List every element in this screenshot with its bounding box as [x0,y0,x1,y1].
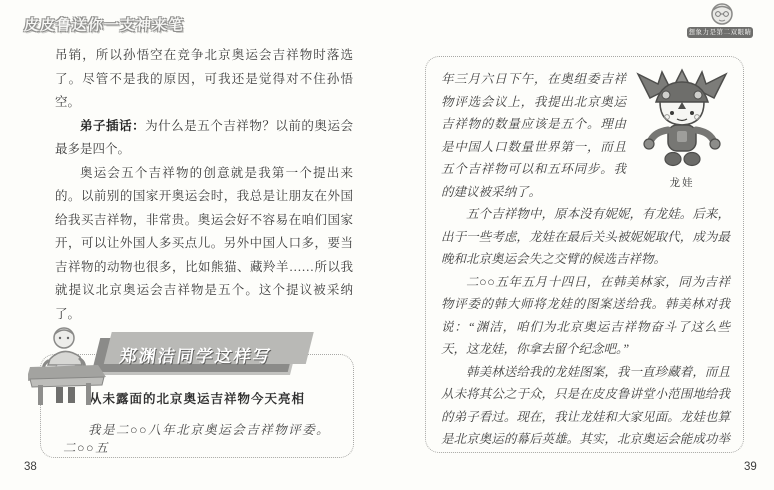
paragraph: 韩美林送给我的龙娃图案，我一直珍藏着，而且从未将其公之于众，只是在皮皮鲁讲堂小范… [441,361,730,454]
disciple-interjection-lead: 弟子插话： [80,119,145,133]
mascot-figure: 龙娃 [634,68,730,190]
mascot-caption: 龙娃 [634,175,730,190]
chapter-badge: 想象力是第二双眼睛 [687,27,753,38]
writer-section-banner: 郑渊洁同学这样写 [92,338,296,372]
writing-desk-illustration [28,325,116,412]
right-page: 想象力是第二双眼睛 [387,0,774,490]
left-page: 皮皮鲁送你一支神来笔 吊销，所以孙悟空在竞争北京奥运会吉祥物时落选了。尽管不是我… [0,0,387,490]
body-text: 吊销，所以孙悟空在竞争北京奥运会吉祥物时落选了。尽管不是我的原因，可我还是觉得对… [55,44,353,326]
page-number-left: 38 [24,461,37,473]
page-number-right: 39 [744,461,757,473]
paragraph: 二○○五年五月十四日，在韩美林家，同为吉祥物评委的韩大师将龙娃的图案送给我。韩美… [441,271,730,361]
disciple-interjection-paragraph: 弟子插话：为什么是五个吉祥物？以前的奥运会最多是四个。 [55,115,353,162]
paragraph: 奥运会五个吉祥物的创意就是我第一个提出来的。以前别的国家开奥运会时，我总是让朋友… [55,162,353,327]
paragraph: 吊销，所以孙悟空在竞争北京奥运会吉祥物时落选了。尽管不是我的原因，可我还是觉得对… [55,44,353,115]
mascot-longwa-illustration [636,68,728,168]
book-spread: 皮皮鲁送你一支神来笔 吊销，所以孙悟空在竞争北京奥运会吉祥物时落选了。尽管不是我… [0,0,774,490]
paragraph: 五个吉祥物中，原本没有妮妮，有龙娃。后来，出于一些考虑，龙娃在最后关头被妮妮取代… [441,203,730,271]
book-title-logo: 皮皮鲁送你一支神来笔 [23,14,184,35]
essay-box: 龙娃 年三月六日下午，在奥组委吉祥物评选会议上，我提出北京奥运吉祥物的数量应该是… [425,56,744,453]
essay-opening-line: 我是二○○八年北京奥运会吉祥物评委。二○○五 [41,420,353,456]
